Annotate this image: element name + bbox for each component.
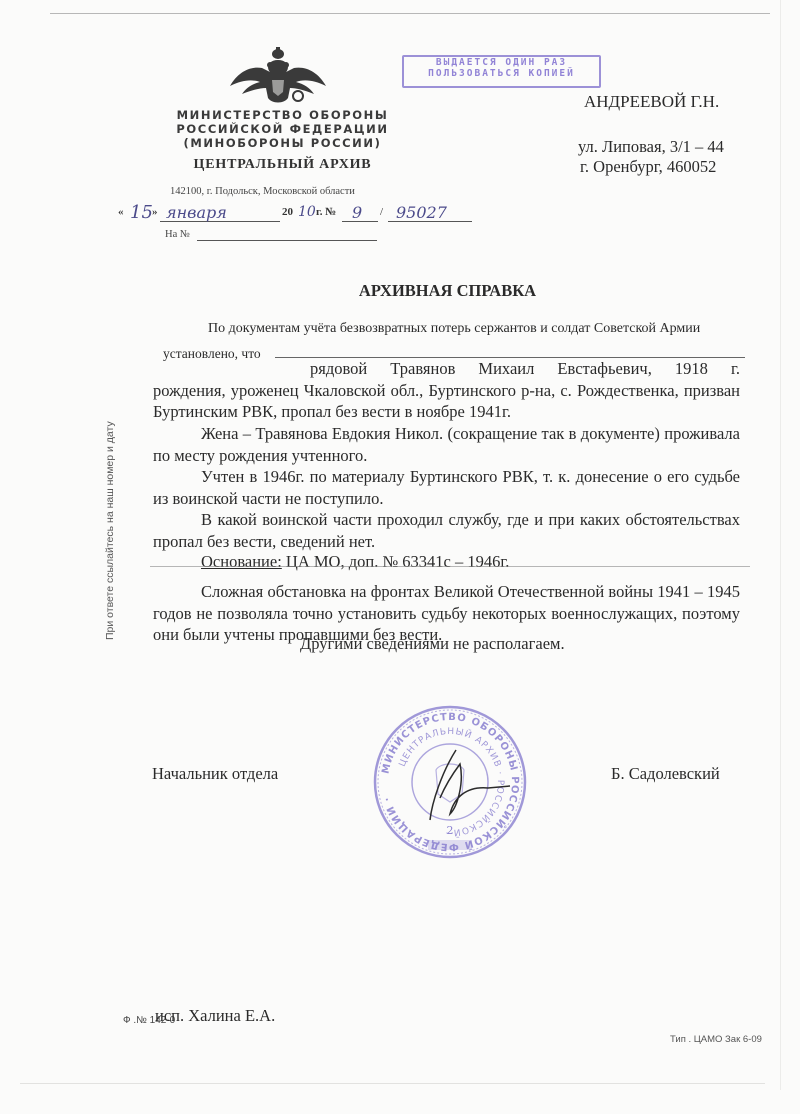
- archive-name: ЦЕНТРАЛЬНЫЙ АРХИВ: [160, 157, 405, 173]
- on-number-label: На №: [165, 229, 190, 240]
- basis-text: ЦА МО, доп. № 63341с – 1946г.: [282, 552, 510, 571]
- stamp-line-1: ВЫДАЕТСЯ ОДИН РАЗ: [404, 57, 599, 68]
- date-month: января: [166, 203, 227, 222]
- basis-line: Основание: ЦА МО, доп. № 63341с – 1946г.: [201, 552, 509, 572]
- copy-stamp: ВЫДАЕТСЯ ОДИН РАЗ ПОЛЬЗОВАТЬСЯ КОПИЕЙ: [402, 55, 601, 88]
- intro-line: По документам учёта безвозвратных потерь…: [208, 321, 700, 337]
- on-number-underline: [197, 240, 377, 241]
- recorded-text: Учтен в 1946г. по материалу Буртинского …: [153, 466, 740, 509]
- double-headed-eagle-emblem-icon: [228, 46, 328, 108]
- ministry-line-3: (МИНОБОРОНЫ РОССИИ): [160, 136, 405, 150]
- reference-number-2: 95027: [396, 203, 447, 222]
- year-prefix: 20: [282, 206, 293, 218]
- paragraph-soldier: рядовой Травянов Михаил Евстафьевич, 191…: [153, 358, 740, 423]
- soldier-details: рождения, уроженец Чкаловской обл., Бурт…: [153, 381, 740, 422]
- closing-line: Другими сведениями не располагаем.: [300, 634, 565, 654]
- wife-text: Жена – Травянова Евдокия Никол. (сокраще…: [153, 423, 740, 466]
- number-label: г. №: [316, 206, 336, 218]
- unit-text: В какой воинской части проходил службу, …: [153, 509, 740, 552]
- paragraph-recorded: Учтен в 1946г. по материалу Буртинского …: [153, 466, 740, 509]
- basis-label: Основание:: [201, 552, 282, 571]
- signer-position: Начальник отдела: [152, 764, 278, 784]
- signer-name: Б. Садолевский: [611, 764, 720, 784]
- quote-close: »: [152, 206, 158, 218]
- ministry-line-2: РОССИЙСКОЙ ФЕДЕРАЦИИ: [160, 122, 405, 136]
- soldier-name-line: рядовой Травянов Михаил Евстафьевич, 191…: [153, 358, 740, 380]
- reference-number-1: 9: [352, 203, 362, 222]
- stamp-line-2: ПОЛЬЗОВАТЬСЯ КОПИЕЙ: [404, 68, 599, 79]
- recipient-street: ул. Липовая, 3/1 – 44: [578, 137, 724, 157]
- date-day: 15: [130, 202, 153, 223]
- executor-name: исп. Халина Е.А.: [155, 1006, 275, 1026]
- seal-number: 2: [447, 824, 454, 837]
- recipient-name: АНДРЕЕВОЙ Г.Н.: [584, 92, 719, 112]
- ministry-line-1: МИНИСТЕРСТВО ОБОРОНЫ: [160, 108, 405, 122]
- official-seal-icon: МИНИСТЕРСТВО ОБОРОНЫ РОССИЙСКОЙ ФЕДЕРАЦИ…: [370, 702, 530, 862]
- number-separator: /: [380, 206, 383, 218]
- paragraph-wife: Жена – Травянова Евдокия Никол. (сокраще…: [153, 423, 740, 466]
- reference-date-row: « 15 » января 20 10 г. № 9 / 95027: [118, 203, 478, 225]
- page-right-edge: [780, 0, 781, 1090]
- page-top-edge: [50, 13, 770, 14]
- printer-mark: Тип . ЦАМО Зак 6-09: [670, 1034, 762, 1045]
- document-title: АРХИВНАЯ СПРАВКА: [0, 281, 800, 301]
- on-number-row: На №: [165, 229, 190, 240]
- quote-open: «: [118, 206, 124, 218]
- recipient-city: г. Оренбург, 460052: [580, 157, 716, 177]
- side-reference-note: При ответе ссылайтесь на наш номер и дат…: [104, 421, 116, 640]
- archive-address: 142100, г. Подольск, Московской области: [170, 186, 355, 197]
- page-bottom-edge: [20, 1083, 765, 1084]
- ministry-name: МИНИСТЕРСТВО ОБОРОНЫ РОССИЙСКОЙ ФЕДЕРАЦИ…: [160, 108, 405, 150]
- fold-crease: [150, 566, 750, 567]
- paragraph-unit: В какой воинской части проходил службу, …: [153, 509, 740, 552]
- year-suffix: 10: [298, 204, 316, 220]
